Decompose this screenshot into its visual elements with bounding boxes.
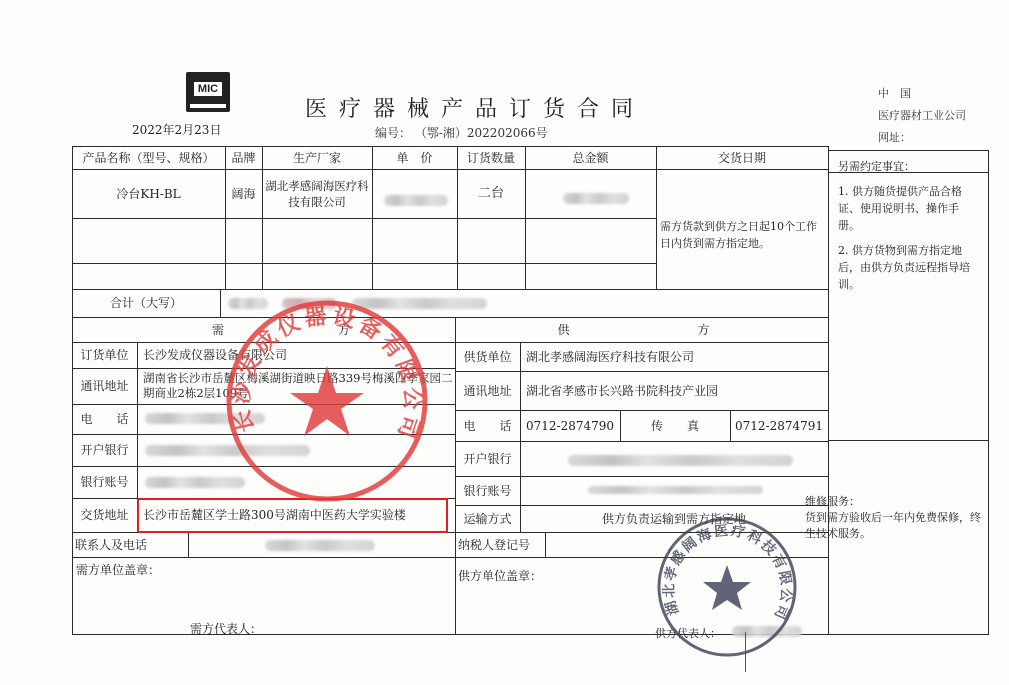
- extra-terms-title: 另需约定事宜：: [838, 158, 978, 175]
- buyer-field-label: 开户银行: [72, 434, 137, 466]
- buyer-field-label: 交货地址: [72, 498, 137, 532]
- contract-date: 2022年2月23日: [132, 121, 221, 138]
- buyer-field-label: 订货单位: [72, 342, 137, 368]
- header-product-name: 产品名称（型号、规格）: [72, 146, 225, 169]
- buyer-field-label: 通讯地址: [72, 368, 137, 404]
- signature-stroke: [745, 632, 746, 672]
- product-name: 冷台KH-BL: [72, 169, 225, 218]
- supplier-bank-redacted: [568, 455, 793, 466]
- mic-logo: MIC: [186, 72, 230, 112]
- buyer-field-label: 银行账号: [72, 466, 137, 498]
- supplier-account-redacted: [588, 486, 763, 494]
- supplier-field-label: 运输方式: [455, 505, 520, 532]
- delivery-terms: 需方货款到供方之日起10个工作日内货到需方指定地。: [660, 215, 826, 255]
- supplier-field-label: 电 话: [455, 410, 520, 441]
- supplier-fax-label: 传 真: [620, 410, 730, 441]
- header-total: 总金额: [525, 146, 656, 169]
- supplier-address: 湖北省孝感市长兴路书院科技产业园: [520, 371, 828, 410]
- supplier-phone: 0712-2874790: [520, 410, 620, 441]
- supplier-field-label: 供货单位: [455, 342, 520, 371]
- total-redacted: [563, 193, 629, 204]
- product-brand: 阔海: [225, 169, 262, 218]
- header-brand: 品牌: [225, 146, 262, 169]
- extra-term-item: 1. 供方随货提供产品合格证、使用说明书、操作手册。: [838, 183, 978, 234]
- repair-service-title: 维修服务：: [805, 494, 985, 510]
- org-line: 网址：: [878, 127, 966, 149]
- header-delivery-date: 交货日期: [656, 146, 828, 169]
- supplier-company-stamp: 湖北孝感阔海医疗科技有限公司: [655, 515, 800, 660]
- supplier-company: 湖北孝感阔海医疗科技有限公司: [520, 342, 828, 371]
- org-line: 医疗器材工业公司: [878, 105, 966, 127]
- header-manufacturer: 生产厂家: [262, 146, 372, 169]
- buyer-contact-redacted: [265, 540, 375, 551]
- total-label: 合计（大写）: [72, 289, 220, 317]
- supplier-fax: 0712-2874791: [730, 410, 828, 441]
- contract-number: 编号： （鄂-湘）202202066号: [375, 124, 548, 141]
- supplier-field-label: 纳税人登记号: [455, 532, 545, 557]
- header-quantity: 订货数量: [457, 146, 525, 169]
- supplier-field-label: 银行账号: [455, 476, 520, 505]
- buyer-company-stamp: 长沙发成仪器设备有限公司: [222, 296, 432, 506]
- supplier-section-label: 供 方: [455, 317, 828, 342]
- product-manufacturer: 湖北孝感阔海医疗科技有限公司: [264, 169, 370, 218]
- extra-term-item: 2. 供方货物到需方指定地后，由供方负责远程指导培训。: [838, 242, 978, 293]
- buyer-field-label: 电 话: [72, 404, 137, 434]
- org-line: 中 国: [878, 83, 966, 105]
- product-quantity: 二台: [457, 169, 525, 218]
- contract-number-label: 编号：: [375, 126, 411, 140]
- extra-terms: 另需约定事宜： 1. 供方随货提供产品合格证、使用说明书、操作手册。 2. 供方…: [838, 158, 978, 301]
- repair-service-text: 货到需方验收后一年内免费保修，终生技术服务。: [805, 510, 985, 542]
- supplier-field-label: 通讯地址: [455, 371, 520, 410]
- document-title: 医疗器械产品订货合同: [305, 92, 645, 123]
- issuing-org: 中 国 医疗器材工业公司 网址：: [878, 83, 966, 149]
- logo-text: MIC: [192, 80, 224, 98]
- repair-service: 维修服务： 货到需方验收后一年内免费保修，终生技术服务。: [805, 494, 985, 542]
- header-unit-price: 单 价: [372, 146, 457, 169]
- buyer-representative-label: 需方代表人：: [190, 620, 262, 637]
- unit-price-redacted: [384, 195, 448, 206]
- contract-number-value: （鄂-湘）202202066号: [415, 126, 548, 140]
- contract-page: MIC 2022年2月23日 医疗器械产品订货合同 编号： （鄂-湘）20220…: [0, 0, 1009, 685]
- supplier-field-label: 开户银行: [455, 441, 520, 476]
- supplier-seal-label: 供方单位盖章：: [458, 567, 542, 584]
- buyer-field-label: 联系人及电话: [72, 532, 188, 557]
- buyer-seal-label: 需方单位盖章：: [76, 561, 160, 578]
